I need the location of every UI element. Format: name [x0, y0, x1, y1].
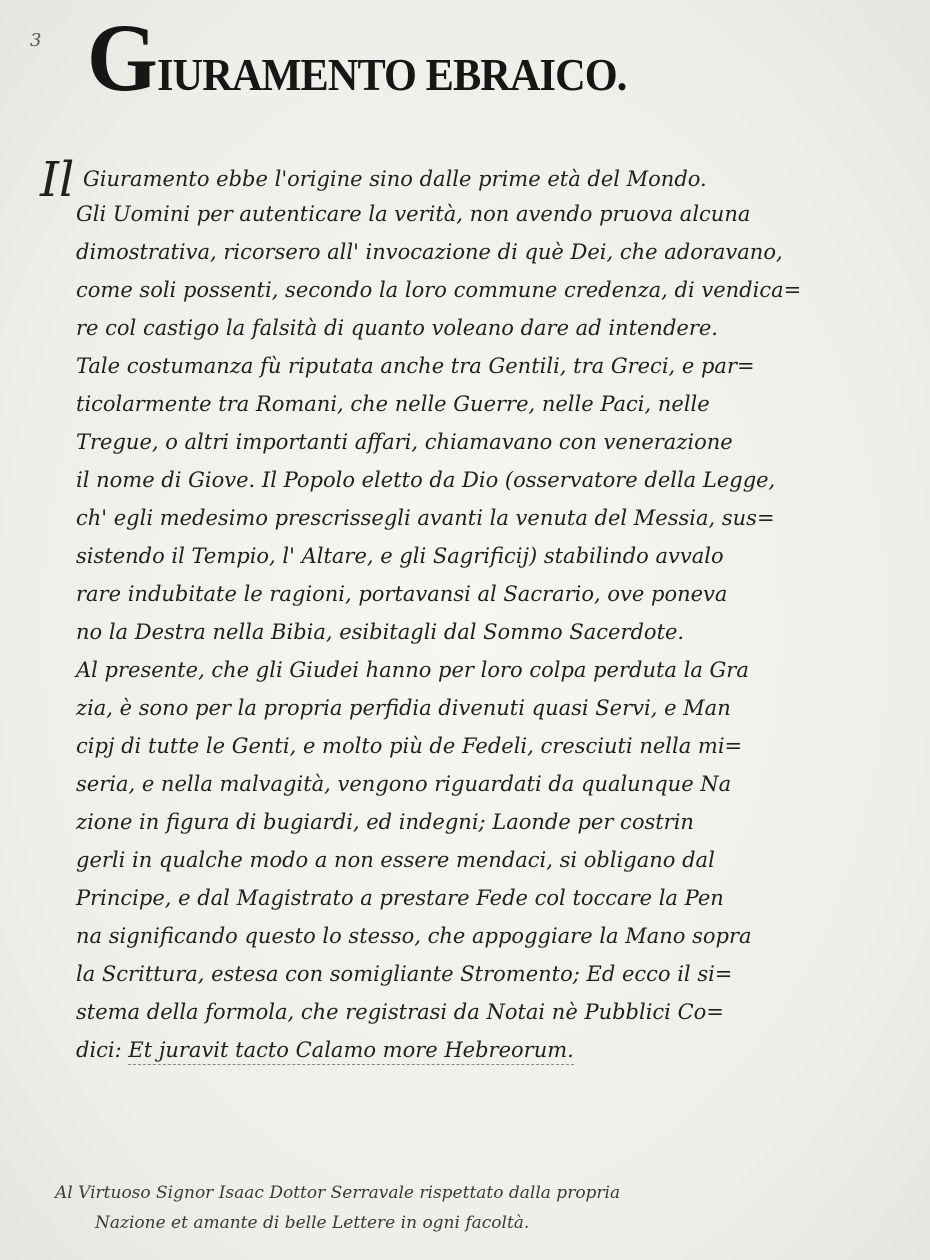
dedication-line: Nazione et amante di belle Lettere in og…: [95, 1213, 529, 1233]
page-title: G IURAMENTO EBRAICO.: [85, 16, 667, 100]
text-line: Tale costumanza fù riputata anche tra Ge…: [76, 354, 755, 378]
text-line: il nome di Giove. Il Popolo eletto da Di…: [76, 468, 775, 492]
text-line: la Scrittura, estesa con somigliante Str…: [76, 962, 732, 986]
text-line: re col castigo la falsità di quanto vole…: [76, 316, 718, 340]
text-line: rare indubitate le ragioni, portavansi a…: [76, 582, 727, 606]
text-line: zione in figura di bugiardi, ed indegni;…: [76, 810, 694, 834]
text-line: stema della formola, che registrasi da N…: [76, 1000, 724, 1024]
text-line: ch' egli medesimo prescrissegli avanti l…: [76, 506, 775, 530]
manuscript-page: 3 G IURAMENTO EBRAICO. Il Giuramento ebb…: [0, 0, 930, 1260]
text-line: Principe, e dal Magistrato a prestare Fe…: [76, 886, 724, 910]
text-line: na significando questo lo stesso, che ap…: [76, 924, 752, 948]
text-line: come soli possenti, secondo la loro comm…: [76, 278, 801, 302]
text-line: no la Destra nella Bibia, esibitagli dal…: [76, 620, 684, 644]
text-line: Il Giuramento ebbe l'origine sino dalle …: [40, 156, 707, 204]
text-line: ticolarmente tra Romani, che nelle Guerr…: [76, 392, 710, 416]
drop-cap: Il: [40, 152, 74, 208]
text-line: zia, è sono per la propria perfidia dive…: [76, 696, 731, 720]
text-line: Tregue, o altri importanti affari, chiam…: [76, 430, 733, 454]
text-line: dici: Et juravit tacto Calamo more Hebre…: [76, 1038, 574, 1062]
text-line: Gli Uomini per autenticare la verità, no…: [76, 202, 750, 226]
text-line: sistendo il Tempio, l' Altare, e gli Sag…: [76, 544, 724, 568]
text-line: Al presente, che gli Giudei hanno per lo…: [76, 658, 749, 682]
title-initial: G: [87, 16, 159, 100]
title-rest: IURAMENTO EBRAICO.: [157, 52, 626, 98]
text-line: gerli in qualche modo a non essere menda…: [76, 848, 715, 872]
text-line: dimostrativa, ricorsero all' invocazione…: [76, 240, 783, 264]
text-line: seria, e nella malvagità, vengono riguar…: [76, 772, 731, 796]
dedication-line: Al Virtuoso Signor Isaac Dottor Serraval…: [55, 1183, 620, 1203]
page-number: 3: [30, 30, 41, 51]
text-line: cipj di tutte le Genti, e molto più de F…: [76, 734, 742, 758]
closing-formula: Et juravit tacto Calamo more Hebreorum.: [128, 1038, 573, 1065]
